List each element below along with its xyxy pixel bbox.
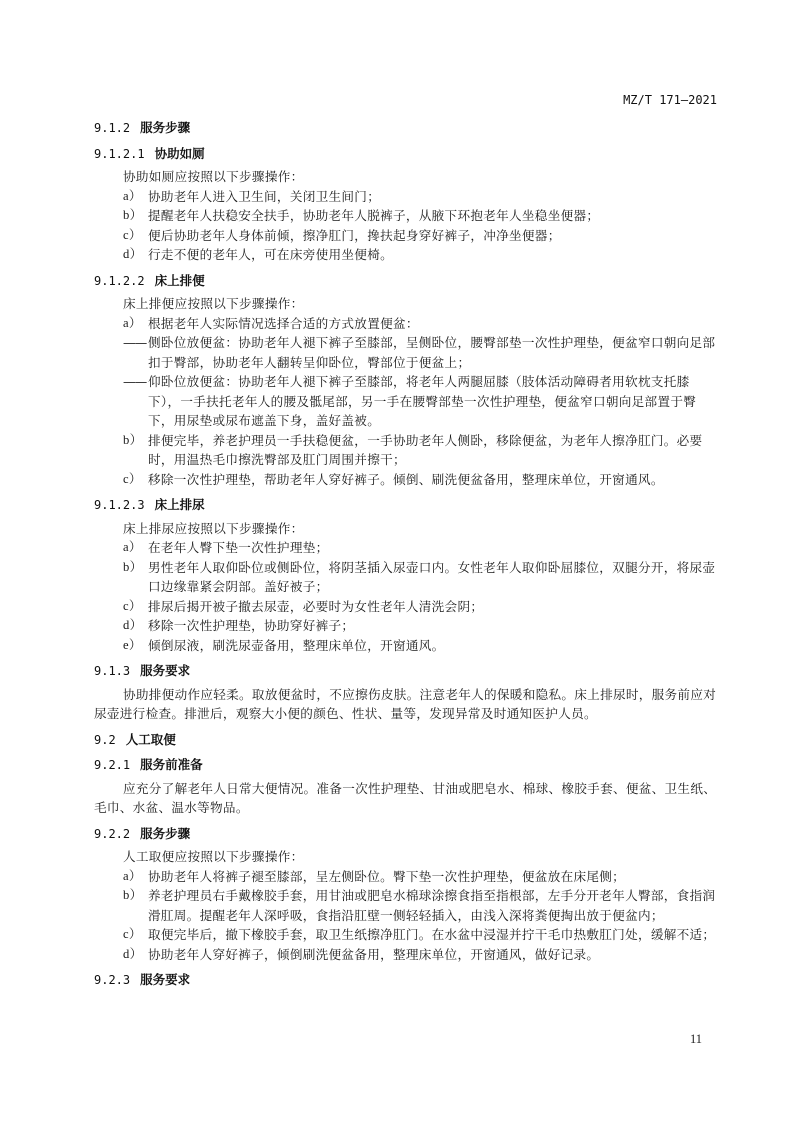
section-heading-9-1-2-2: 9.1.2.2床上排便 (94, 271, 720, 291)
list-text: 移除一次性护理垫，帮助老年人穿好裤子。倾倒、刷洗便盆备用，整理床单位，开窗通风。 (148, 472, 664, 487)
list-label: c） (123, 226, 142, 246)
list-text: 排尿后揭开被子撤去尿壶，必要时为女性老年人清洗会阴； (148, 599, 483, 614)
list-text: 排便完毕，养老护理员一手扶稳便盆，一手协助老年人侧卧，移除便盆，为老年人擦净肛门… (148, 433, 702, 468)
section-title: 床上排便 (155, 273, 205, 288)
list-item: a）根据老年人实际情况选择合适的方式放置便盆： (94, 314, 720, 334)
dash-text: 仰卧位放便盆：协助老年人褪下裤子至膝部，将老年人两腿屈膝（肢体活动障碍者用软枕支… (148, 374, 696, 428)
section-paragraph: 协助排便动作应轻柔。取放便盆时，不应擦伤皮肤。注意老年人的保暖和隐私。床上排尿时… (94, 685, 720, 724)
list-label: b） (123, 431, 143, 451)
section-heading-9-2: 9.2人工取便 (94, 730, 720, 750)
section-number: 9.1.2 (94, 121, 130, 135)
list-text: 提醒老年人扶稳安全扶手，协助老年人脱裤子，从腋下环抱老年人坐稳坐便器； (148, 208, 599, 223)
section-lead: 人工取便应按照以下步骤操作： (94, 847, 720, 867)
section-heading-9-2-3: 9.2.3服务要求 (94, 970, 720, 990)
list-label: a） (123, 867, 142, 887)
list-item: b）提醒老年人扶稳安全扶手，协助老年人脱裤子，从腋下环抱老年人坐稳坐便器； (94, 206, 720, 226)
section-lead: 床上排便应按照以下步骤操作： (94, 294, 720, 314)
section-title: 服务前准备 (140, 757, 203, 772)
section-number: 9.1.3 (94, 664, 130, 678)
section-number: 9.2.1 (94, 758, 130, 772)
list-item: c）取便完毕后，撤下橡胶手套，取卫生纸擦净肛门。在水盆中浸湿并拧干毛巾热敷肛门处… (94, 925, 720, 945)
list-label: b） (123, 886, 143, 906)
section-heading-9-1-2: 9.1.2服务步骤 (94, 118, 720, 138)
list-label: a） (123, 314, 142, 334)
section-lead: 协助如厕应按照以下步骤操作： (94, 167, 720, 187)
list-label: c） (123, 597, 142, 617)
section-number: 9.2.2 (94, 827, 130, 841)
section-heading-9-1-3: 9.1.3服务要求 (94, 661, 720, 681)
section-number: 9.1.2.1 (94, 147, 145, 161)
list-text: 移除一次性护理垫，协助穿好裤子； (148, 618, 354, 633)
list-item: d）行走不便的老年人，可在床旁使用坐便椅。 (94, 245, 720, 265)
list-item: d）协助老年人穿好裤子，倾倒刷洗便盆备用，整理床单位，开窗通风，做好记录。 (94, 945, 720, 965)
list-text: 协助老年人将裤子褪至膝部，呈左侧卧位。臀下垫一次性护理垫，便盆放在床尾侧； (148, 869, 625, 884)
section-number: 9.1.2.2 (94, 274, 145, 288)
section-title: 床上排尿 (155, 497, 205, 512)
dash-label: —— (123, 333, 146, 353)
list-item: d）移除一次性护理垫，协助穿好裤子； (94, 616, 720, 636)
list-text: 养老护理员右手戴橡胶手套，用甘油或肥皂水棉球涂擦食指至指根部，左手分开老年人臀部… (148, 888, 715, 923)
list-item: c）排尿后揭开被子撤去尿壶，必要时为女性老年人清洗会阴； (94, 597, 720, 617)
list-label: e） (123, 636, 142, 656)
dash-item: ——仰卧位放便盆：协助老年人褪下裤子至膝部，将老年人两腿屈膝（肢体活动障碍者用软… (94, 372, 720, 431)
section-paragraph: 应充分了解老年人日常大便情况。准备一次性护理垫、甘油或肥皂水、棉球、橡胶手套、便… (94, 779, 720, 818)
standard-code-header: MZ/T 171—2021 (623, 93, 717, 107)
list-label: d） (123, 245, 143, 265)
list-label: b） (123, 558, 143, 578)
list-label: a） (123, 187, 142, 207)
list-item: c）移除一次性护理垫，帮助老年人穿好裤子。倾倒、刷洗便盆备用，整理床单位，开窗通… (94, 470, 720, 490)
list-text: 协助老年人进入卫生间，关闭卫生间门； (148, 189, 380, 204)
list-item: b）男性老年人取仰卧位或侧卧位，将阴茎插入尿壶口内。女性老年人取仰卧屈膝位，双腿… (94, 558, 720, 597)
list-label: d） (123, 945, 143, 965)
section-title: 服务步骤 (140, 120, 190, 135)
section-heading-9-2-1: 9.2.1服务前准备 (94, 755, 720, 775)
list-label: c） (123, 470, 142, 490)
dash-label: —— (123, 372, 146, 392)
section-title: 服务步骤 (140, 826, 190, 841)
list-item: e）倾倒尿液，刷洗尿壶备用，整理床单位，开窗通风。 (94, 636, 720, 656)
list-text: 根据老年人实际情况选择合适的方式放置便盆： (148, 316, 419, 331)
section-number: 9.2 (94, 733, 116, 747)
list-item: a）协助老年人将裤子褪至膝部，呈左侧卧位。臀下垫一次性护理垫，便盆放在床尾侧； (94, 867, 720, 887)
section-lead: 床上排尿应按照以下步骤操作： (94, 519, 720, 539)
dash-text: 侧卧位放便盆：协助老年人褪下裤子至膝部，呈侧卧位，腰臀部垫一次性护理垫，便盆窄口… (148, 335, 715, 370)
section-number: 9.1.2.3 (94, 498, 145, 512)
list-label: c） (123, 925, 142, 945)
list-label: d） (123, 616, 143, 636)
list-text: 倾倒尿液，刷洗尿壶备用，整理床单位，开窗通风。 (148, 638, 445, 653)
list-item: a）在老年人臀下垫一次性护理垫； (94, 538, 720, 558)
list-text: 男性老年人取仰卧位或侧卧位，将阴茎插入尿壶口内。女性老年人取仰卧屈膝位，双腿分开… (148, 560, 715, 595)
list-label: b） (123, 206, 143, 226)
list-item: b）养老护理员右手戴橡胶手套，用甘油或肥皂水棉球涂擦食指至指根部，左手分开老年人… (94, 886, 720, 925)
list-text: 行走不便的老年人，可在床旁使用坐便椅。 (148, 247, 393, 262)
list-text: 协助老年人穿好裤子，倾倒刷洗便盆备用，整理床单位，开窗通风，做好记录。 (148, 947, 599, 962)
list-text: 在老年人臀下垫一次性护理垫； (148, 540, 329, 555)
section-title: 服务要求 (140, 972, 190, 987)
page-number: 11 (690, 1032, 702, 1047)
list-text: 取便完毕后，撤下橡胶手套，取卫生纸擦净肛门。在水盆中浸湿并拧干毛巾热敷肛门处，缓… (148, 927, 715, 942)
document-page: MZ/T 171—2021 9.1.2服务步骤 9.1.2.1协助如厕 协助如厕… (0, 0, 794, 1122)
list-item: b）排便完毕，养老护理员一手扶稳便盆，一手协助老年人侧卧，移除便盆，为老年人擦净… (94, 431, 720, 470)
dash-item: ——侧卧位放便盆：协助老年人褪下裤子至膝部，呈侧卧位，腰臀部垫一次性护理垫，便盆… (94, 333, 720, 372)
list-label: a） (123, 538, 142, 558)
list-item: a）协助老年人进入卫生间，关闭卫生间门； (94, 187, 720, 207)
section-number: 9.2.3 (94, 973, 130, 987)
section-heading-9-1-2-1: 9.1.2.1协助如厕 (94, 144, 720, 164)
section-title: 服务要求 (140, 663, 190, 678)
list-text: 便后协助老年人身体前倾，擦净肛门，搀扶起身穿好裤子，冲净坐便器； (148, 228, 561, 243)
section-title: 协助如厕 (155, 146, 205, 161)
page-content: 9.1.2服务步骤 9.1.2.1协助如厕 协助如厕应按照以下步骤操作： a）协… (94, 118, 720, 994)
section-heading-9-1-2-3: 9.1.2.3床上排尿 (94, 495, 720, 515)
list-item: c）便后协助老年人身体前倾，擦净肛门，搀扶起身穿好裤子，冲净坐便器； (94, 226, 720, 246)
section-title: 人工取便 (126, 732, 176, 747)
section-heading-9-2-2: 9.2.2服务步骤 (94, 824, 720, 844)
